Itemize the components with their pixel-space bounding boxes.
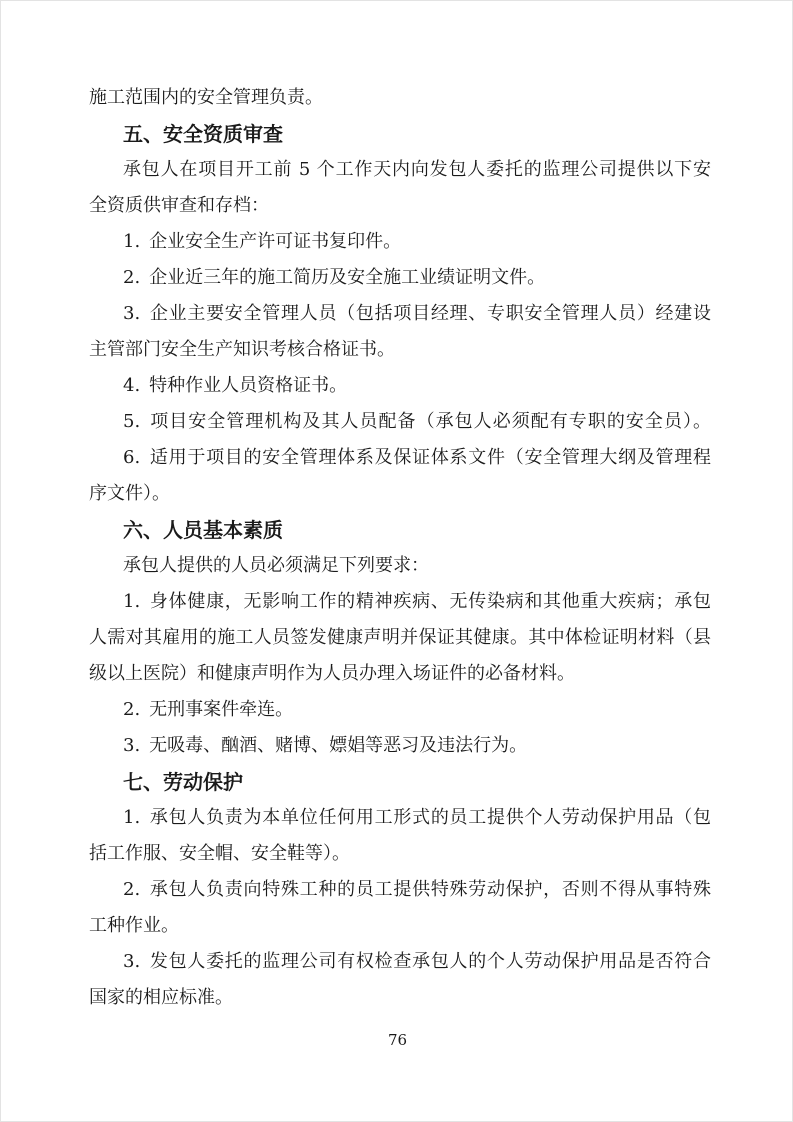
list-item-line: 3. 无吸毒、酗酒、赌博、嫖娼等恶习及违法行为。 <box>89 728 711 764</box>
list-item-continuation: 人需对其雇用的施工人员签发健康声明并保证其健康。其中体检证明材料（县 <box>89 620 711 656</box>
page-number: 76 <box>1 1031 793 1049</box>
document-page: 施工范围内的安全管理负责。 五、安全资质审查 承包人在项目开工前 5 个工作天内… <box>0 0 793 1122</box>
section-heading: 六、人员基本素质 <box>89 512 711 548</box>
paragraph-line: 承包人在项目开工前 5 个工作天内向发包人委托的监理公司提供以下安 <box>89 152 711 188</box>
list-item-line: 1. 身体健康，无影响工作的精神疾病、无传染病和其他重大疾病；承包 <box>89 584 711 620</box>
list-item-line: 5. 项目安全管理机构及其人员配备（承包人必须配有专职的安全员）。 <box>89 404 711 440</box>
section-heading: 五、安全资质审查 <box>89 116 711 152</box>
paragraph-line: 全资质供审查和存档： <box>89 188 711 224</box>
list-item-continuation: 序文件）。 <box>89 476 711 512</box>
list-item-line: 1. 承包人负责为本单位任何用工形式的员工提供个人劳动保护用品（包 <box>89 800 711 836</box>
list-item-continuation: 括工作服、安全帽、安全鞋等）。 <box>89 836 711 872</box>
paragraph-line: 承包人提供的人员必须满足下列要求： <box>89 548 711 584</box>
section-heading: 七、劳动保护 <box>89 764 711 800</box>
list-item-continuation: 级以上医院）和健康声明作为人员办理入场证件的必备材料。 <box>89 656 711 692</box>
list-item-line: 2. 无刑事案件牵连。 <box>89 692 711 728</box>
list-item-line: 2. 企业近三年的施工简历及安全施工业绩证明文件。 <box>89 260 711 296</box>
list-item-line: 2. 承包人负责向特殊工种的员工提供特殊劳动保护，否则不得从事特殊 <box>89 872 711 908</box>
list-item-continuation: 主管部门安全生产知识考核合格证书。 <box>89 332 711 368</box>
list-item-line: 3. 发包人委托的监理公司有权检查承包人的个人劳动保护用品是否符合 <box>89 944 711 980</box>
list-item-continuation: 国家的相应标准。 <box>89 980 711 1016</box>
document-body: 施工范围内的安全管理负责。 五、安全资质审查 承包人在项目开工前 5 个工作天内… <box>89 80 711 1016</box>
list-item-continuation: 工种作业。 <box>89 908 711 944</box>
body-continuation-line: 施工范围内的安全管理负责。 <box>89 80 711 116</box>
list-item-line: 3. 企业主要安全管理人员（包括项目经理、专职安全管理人员）经建设 <box>89 296 711 332</box>
list-item-line: 4. 特种作业人员资格证书。 <box>89 368 711 404</box>
list-item-line: 6. 适用于项目的安全管理体系及保证体系文件（安全管理大纲及管理程 <box>89 440 711 476</box>
list-item-line: 1. 企业安全生产许可证书复印件。 <box>89 224 711 260</box>
